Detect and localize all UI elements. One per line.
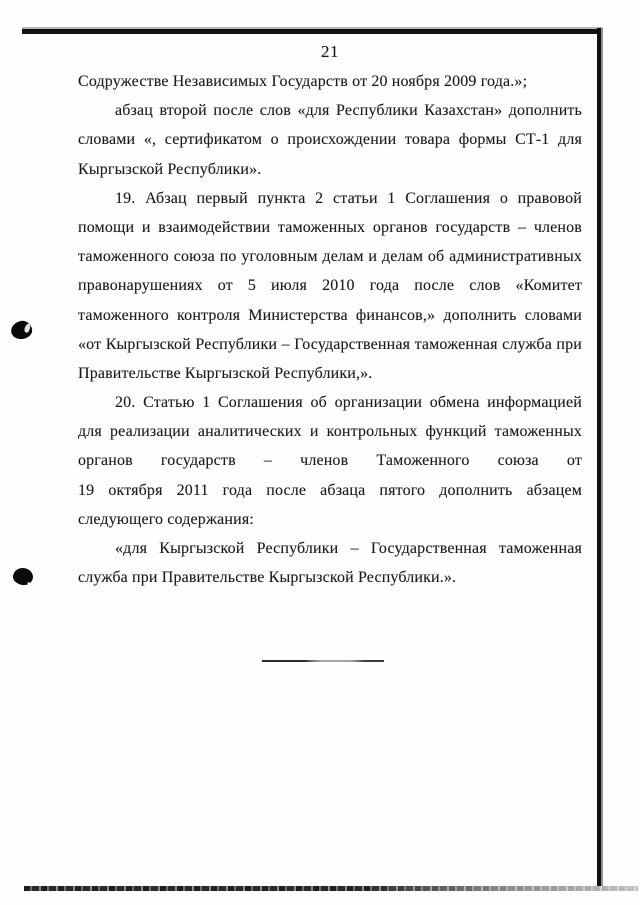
- text-line: помощи и взаимодействии таможенных орган…: [78, 213, 582, 242]
- paragraph: абзац второй после слов «для Республики …: [78, 96, 582, 184]
- text-line: 19 октября 2011 года после абзаца пятого…: [78, 476, 582, 505]
- page-number: 21: [78, 42, 582, 62]
- document-body: Содружестве Независимых Государств от 20…: [78, 67, 582, 592]
- text-line: Кыргызской Республики».: [78, 155, 582, 184]
- scan-frame-right-border: [597, 28, 603, 891]
- document-page: 21 Содружестве Независимых Государств от…: [0, 0, 640, 905]
- paragraph: 19. Абзац первый пункта 2 статьи 1 Согла…: [78, 184, 582, 388]
- text-line: для реализации аналитических и контрольн…: [78, 417, 582, 446]
- paragraph: «для Кыргызской Республики – Государстве…: [78, 534, 582, 592]
- paragraph: Содружестве Независимых Государств от 20…: [78, 67, 582, 96]
- text-line: таможенного союза по уголовным делам и д…: [78, 242, 582, 271]
- text-line: Содружестве Независимых Государств от 20…: [78, 67, 582, 96]
- text-line: «от Кыргызской Республики – Государствен…: [78, 330, 582, 359]
- text-line: Правительстве Кыргызской Республики,».: [78, 359, 582, 388]
- text-line: служба при Правительстве Кыргызской Респ…: [78, 563, 582, 592]
- text-line: правонарушениях от 5 июля 2010 года посл…: [78, 271, 582, 300]
- scan-frame-top-border: [22, 27, 603, 34]
- text-line: следующего содержания:: [78, 505, 582, 534]
- text-line: органов государств – членов Таможенного …: [78, 446, 582, 475]
- text-line: абзац второй после слов «для Республики …: [78, 96, 582, 125]
- text-line: словами «, сертификатом о происхождении …: [78, 125, 582, 154]
- scan-frame-bottom-border: [24, 886, 638, 891]
- text-line: 20. Статью 1 Соглашения об организации о…: [78, 388, 582, 417]
- text-line: «для Кыргызской Республики – Государстве…: [78, 534, 582, 563]
- hole-punch-mark: [12, 567, 34, 587]
- section-separator-line: [262, 660, 384, 662]
- text-line: таможенного контроля Министерства финанс…: [78, 301, 582, 330]
- paragraph: 20. Статью 1 Соглашения об организации о…: [78, 388, 582, 534]
- hole-punch-mark: [9, 319, 33, 341]
- text-line: 19. Абзац первый пункта 2 статьи 1 Согла…: [78, 184, 582, 213]
